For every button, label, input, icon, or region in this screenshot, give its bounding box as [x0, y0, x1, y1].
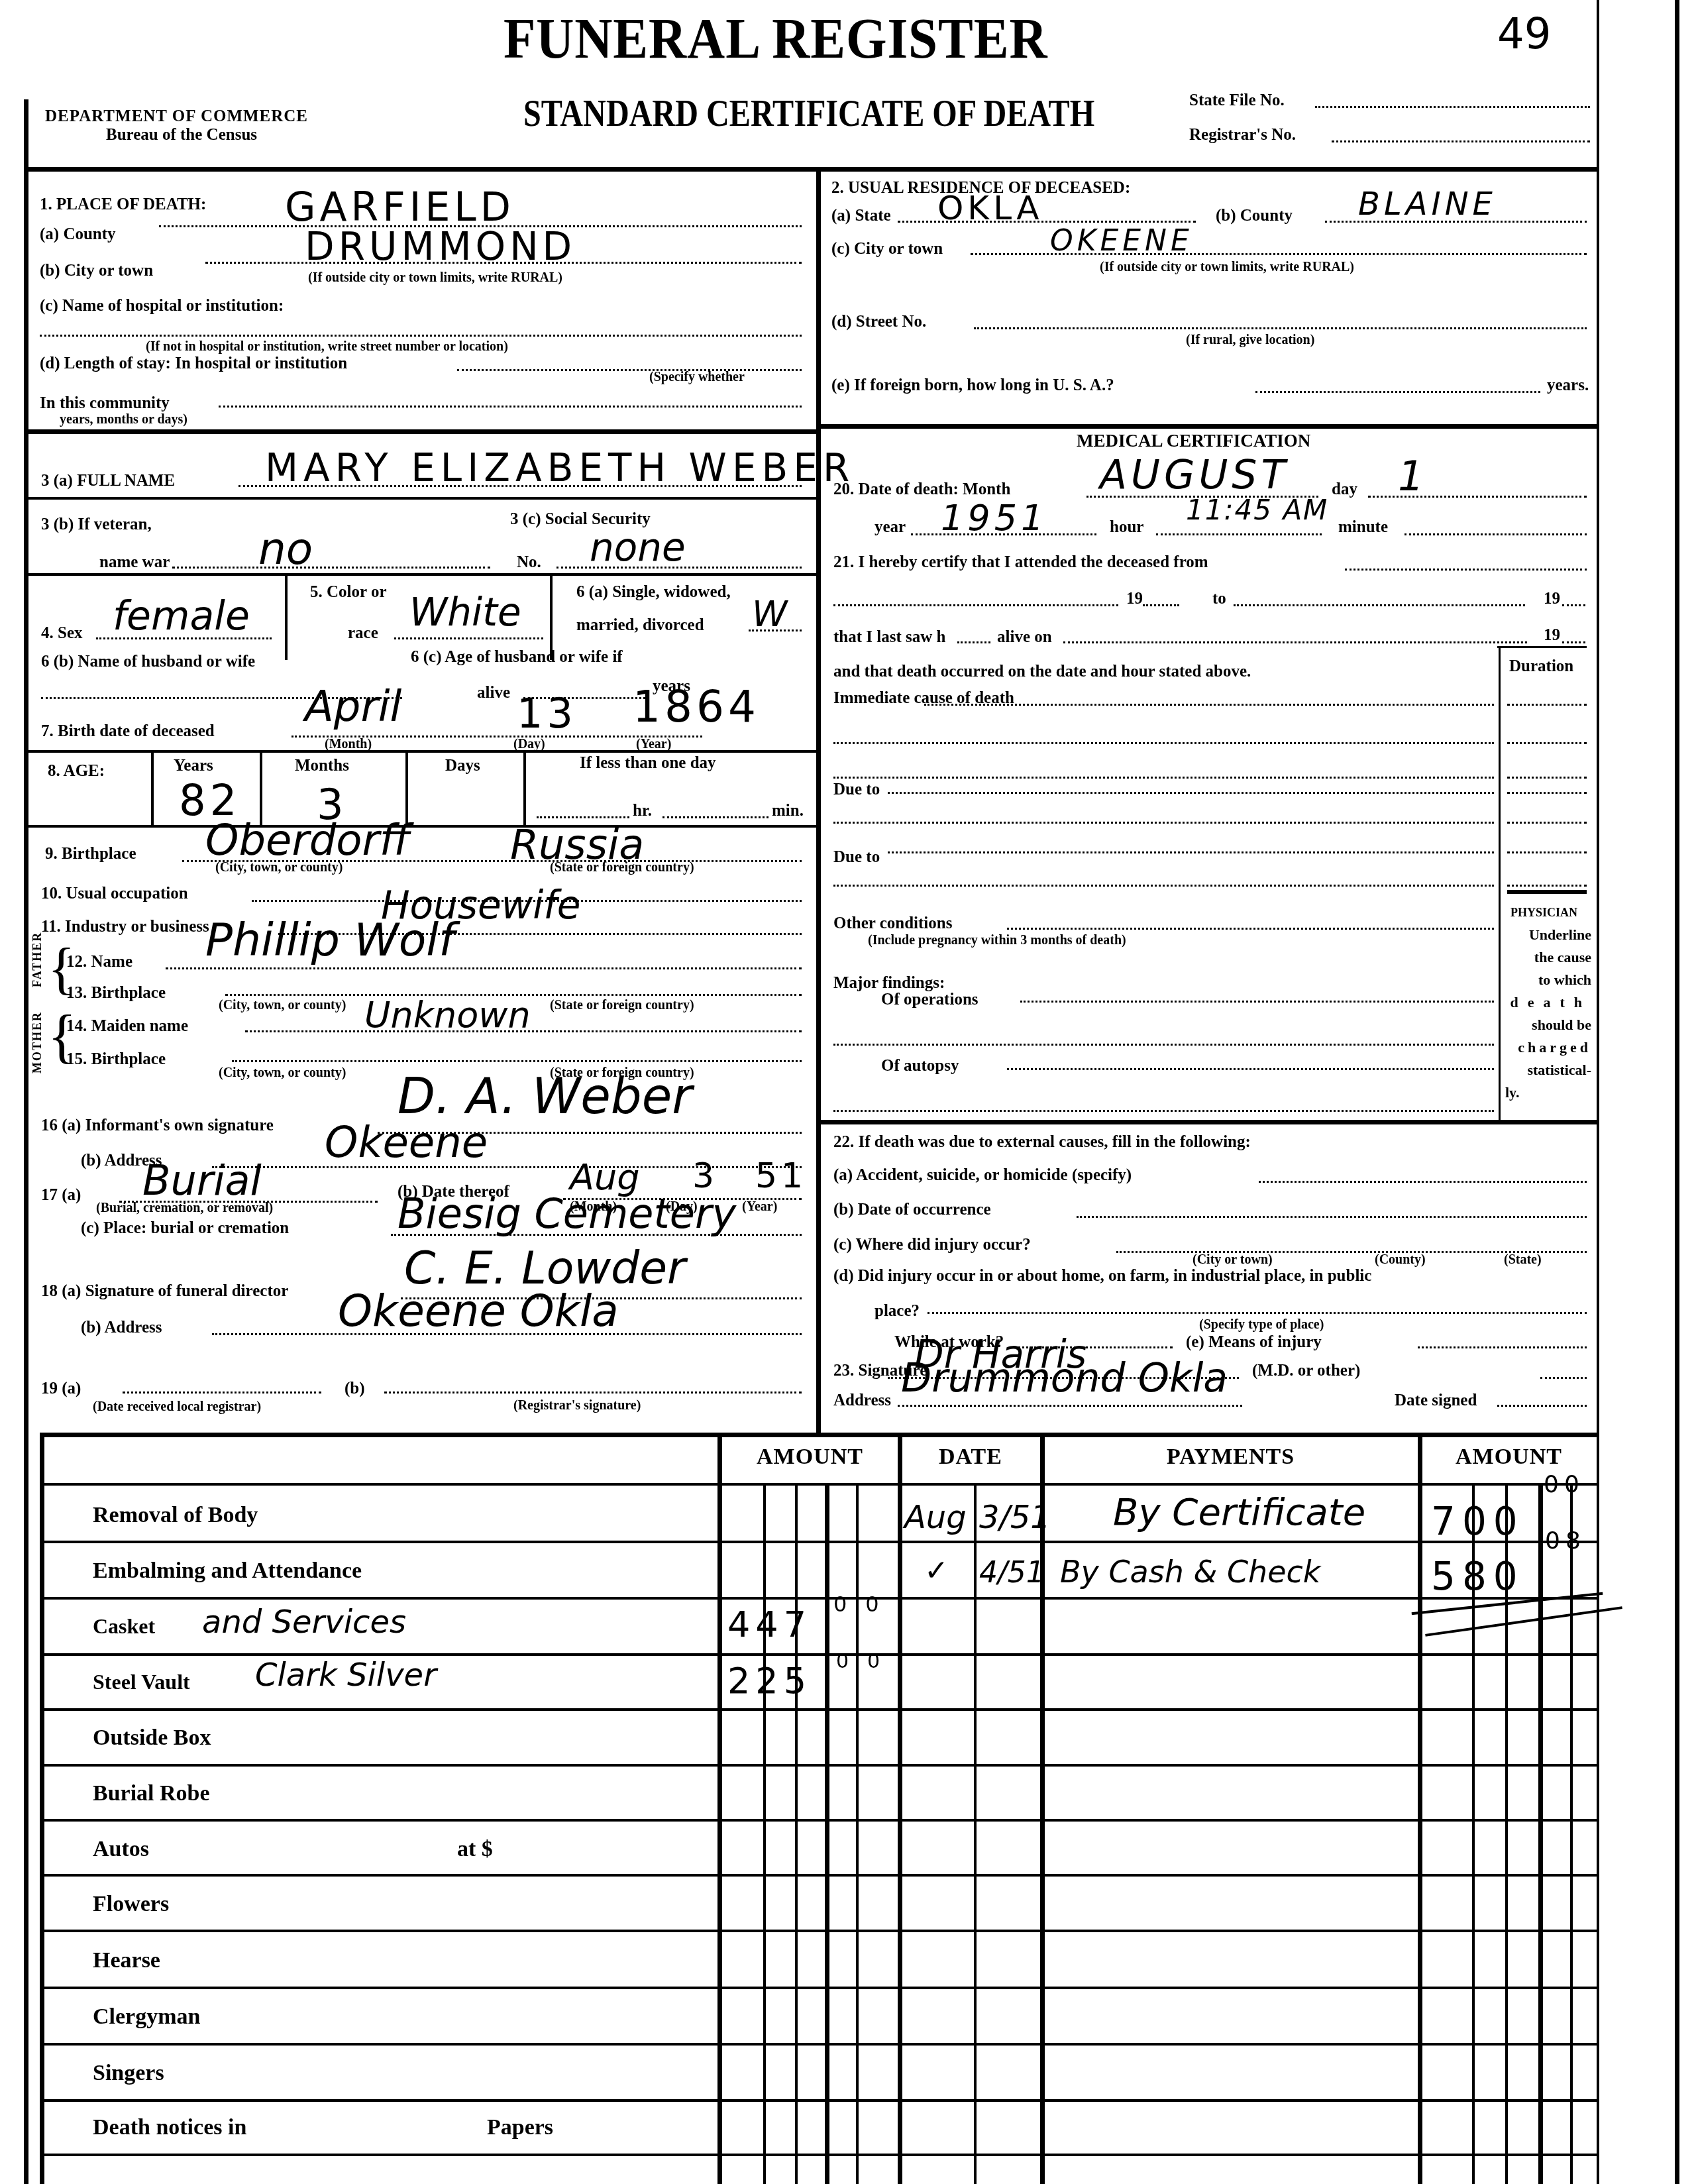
amount-cents-1 — [856, 1483, 859, 2184]
res-state-label: (a) State — [831, 207, 891, 225]
age-label: 8. AGE: — [48, 762, 105, 781]
spouse-label: 6 (b) Name of husband or wife — [41, 653, 255, 671]
rule-after-medical — [816, 1120, 1598, 1124]
spouse-age-label: 6 (c) Age of husband or wife if — [411, 648, 623, 667]
certify-19-a: 19 — [1126, 590, 1143, 608]
frame-right — [1597, 0, 1599, 2184]
external-c-label: (c) Where did injury occur? — [833, 1236, 1031, 1254]
birthplace-label: 9. Birthplace — [45, 845, 136, 863]
external-heading: 22. If death was due to external causes,… — [833, 1133, 1251, 1152]
physician-note-line: charged — [1505, 1036, 1591, 1059]
hospital-hint: (If not in hospital or institution, writ… — [146, 339, 508, 355]
stay-field-line[interactable] — [457, 369, 802, 371]
payment-total-underline-2 — [1425, 1606, 1622, 1637]
physician-note: PHYSICIAN Underline the cause to which d… — [1505, 901, 1591, 1104]
ledger-item-death-notices: Death notices in — [93, 2115, 246, 2140]
age-divider-3 — [405, 752, 408, 825]
ledger-top-rule — [40, 1433, 1597, 1437]
street-label: (d) Street No. — [831, 313, 926, 331]
certify-19-a-line[interactable] — [1143, 604, 1179, 606]
birthplace-country-hint: (State or foreign country) — [550, 860, 694, 875]
occurred-label: and that death occurred on the date and … — [833, 663, 1251, 681]
page-number: 49 — [1497, 10, 1551, 59]
external-place-line[interactable] — [927, 1312, 1587, 1314]
physician-address-line[interactable] — [898, 1405, 1242, 1407]
disposition-hint: (Burial, cremation, or removal) — [96, 1201, 273, 1216]
medical-heading: MEDICAL CERTIFICATION — [1077, 431, 1310, 451]
mother-city-hint: (City, town, or county) — [219, 1065, 346, 1081]
death-day-label: day — [1332, 480, 1357, 499]
last-saw-pronoun-line[interactable] — [957, 641, 990, 643]
external-c-state-hint: (State) — [1504, 1252, 1542, 1268]
veteran-war-value[interactable]: no — [258, 523, 313, 574]
birth-year-value[interactable]: 1864 — [633, 681, 760, 732]
ledger-item-singers: Singers — [93, 2061, 164, 2086]
alive-on-19: 19 — [1544, 626, 1560, 645]
death-date-label: 20. Date of death: Month — [833, 480, 1010, 499]
center-divider — [816, 169, 821, 1435]
mother-birthplace-line[interactable] — [232, 1060, 802, 1062]
payments-col-left — [1040, 1433, 1045, 2184]
registrar-date-hint: (Date received local registrar) — [93, 1399, 261, 1415]
physician-note-line: to which — [1505, 969, 1591, 991]
community-field-line[interactable] — [219, 406, 802, 408]
birth-month-value[interactable]: April — [305, 682, 401, 732]
external-means-line[interactable] — [1418, 1346, 1587, 1348]
due-to-1-duration[interactable] — [1507, 792, 1587, 794]
ss-no-label: No. — [517, 553, 541, 572]
stay-label: (d) Length of stay: In hospital or insti… — [40, 355, 347, 373]
place-of-death-heading: 1. PLACE OF DEATH: — [40, 195, 206, 214]
mother-birthplace-label: 15. Birthplace — [66, 1050, 166, 1069]
street-line[interactable] — [974, 327, 1587, 329]
death-year-label: year — [874, 518, 906, 537]
physician-address-label: Address — [833, 1392, 891, 1410]
payment-1-date-day[interactable]: 3/51 — [979, 1499, 1051, 1536]
due-to-1-label: Due to — [833, 781, 880, 799]
color-label: 5. Color or — [310, 583, 387, 602]
external-c-county-hint: (County) — [1375, 1252, 1426, 1268]
death-day-value[interactable]: 1 — [1398, 452, 1424, 500]
age-divider-1 — [151, 752, 154, 825]
operations-line[interactable] — [1020, 1001, 1494, 1003]
age-days-head: Days — [445, 757, 480, 775]
res-city-hint: (If outside city or town limits, write R… — [1100, 260, 1354, 275]
department-label: DEPARTMENT OF COMMERCE — [45, 107, 308, 126]
burial-place-label: (c) Place: burial or cremation — [81, 1219, 289, 1238]
physician-address-value[interactable]: Drummond Okla — [901, 1355, 1228, 1401]
state-file-label: State File No. — [1189, 91, 1285, 110]
certify-label: 21. I hereby certify that I attended the… — [833, 553, 1208, 572]
payment-1-date-month[interactable]: Aug — [904, 1499, 967, 1536]
external-a-line[interactable] — [1259, 1181, 1587, 1183]
md-line[interactable] — [1540, 1377, 1587, 1379]
registrar-no-label: Registrar's No. — [1189, 126, 1296, 144]
payment-2-date-month[interactable]: ✓ — [924, 1554, 949, 1588]
other-conditions-line[interactable] — [1007, 928, 1494, 930]
funeral-director-label: 18 (a) Signature of funeral director — [41, 1282, 288, 1301]
due-to-2-duration[interactable] — [1507, 851, 1587, 853]
race-value[interactable]: White — [409, 590, 521, 635]
hr-line[interactable] — [537, 816, 629, 818]
certificate-title: STANDARD CERTIFICATE OF DEATH — [523, 93, 1094, 135]
frame-left — [24, 99, 28, 2184]
registrar-signature-hint: (Registrar's signature) — [513, 1398, 641, 1413]
director-address-label: (b) Address — [81, 1319, 162, 1337]
rule-after-name — [24, 497, 819, 500]
alive-on-line[interactable] — [1063, 641, 1527, 643]
steel-vault-note[interactable]: Clark Silver — [255, 1657, 437, 1694]
ledger-row-rule — [40, 1653, 1597, 1656]
immediate-cause-line-2[interactable] — [833, 742, 1494, 744]
birthplace-city-hint: (City, town, or county) — [215, 860, 343, 875]
last-saw-label: that I last saw h — [833, 628, 945, 647]
certify-to-line[interactable] — [1234, 604, 1525, 606]
ledger-item-clergyman: Clergyman — [93, 2004, 200, 2030]
res-state-value[interactable]: OKLA — [937, 189, 1043, 227]
ledger-item-outside-box: Outside Box — [93, 1725, 211, 1751]
payment-2-cents[interactable]: 08 — [1545, 1527, 1586, 1555]
disposition-value[interactable]: Burial — [142, 1156, 262, 1205]
marital-label-1: 6 (a) Single, widowed, — [576, 583, 731, 602]
divider-sex-race — [285, 575, 288, 660]
external-d-label: (d) Did injury occur in or about home, o… — [833, 1267, 1371, 1285]
external-b-line[interactable] — [1077, 1216, 1587, 1218]
duration-box-top — [1497, 646, 1587, 648]
payment-2-date-day[interactable]: 4/51 — [979, 1556, 1045, 1590]
immediate-duration-line[interactable] — [1507, 704, 1587, 706]
rule-after-veteran — [24, 573, 819, 576]
other-conditions-hint: (Include pregnancy within 3 months of de… — [868, 933, 1126, 948]
street-hint: (If rural, give location) — [1186, 333, 1314, 348]
date-col-left — [898, 1433, 902, 2184]
community-label: In this community — [40, 394, 170, 413]
mother-maiden-value[interactable]: Unknown — [364, 994, 531, 1036]
external-place-hint: (Specify type of place) — [1199, 1317, 1324, 1333]
res-city-label: (c) City or town — [831, 240, 943, 258]
other-conditions-label: Other conditions — [833, 914, 952, 933]
casket-note[interactable]: and Services — [202, 1604, 406, 1641]
min-label: min. — [772, 802, 804, 820]
duration-divider — [1499, 646, 1501, 1120]
due-to-2-line-2[interactable] — [833, 885, 1494, 887]
veteran-war-label: name war — [99, 553, 170, 572]
rule-after-place — [24, 429, 819, 434]
operations-label: Of operations — [881, 991, 979, 1009]
autos-at-label: at $ — [457, 1837, 493, 1862]
physician-note-line: the cause — [1505, 946, 1591, 969]
autopsy-line-2[interactable] — [833, 1110, 1494, 1112]
certify-19-b-line[interactable] — [1562, 604, 1585, 606]
full-name-value[interactable]: MARY ELIZABETH WEBER — [265, 445, 855, 490]
sex-label: 4. Sex — [41, 624, 83, 643]
physician-note-line: ly. — [1505, 1081, 1591, 1104]
marital-label-2: married, divorced — [576, 616, 704, 635]
date-col-mid — [974, 1483, 977, 2184]
vault-amount-cents[interactable]: 00 — [836, 1650, 898, 1673]
death-month-value[interactable]: AUGUST — [1100, 452, 1289, 498]
father-country-hint: (State or foreign country) — [550, 998, 694, 1013]
ledger-row-rule — [40, 2154, 1597, 2156]
amount2-decimal — [1538, 1483, 1543, 2184]
registrar-a-label: 19 (a) — [41, 1380, 81, 1398]
race-label: race — [348, 624, 378, 643]
rule-after-age — [24, 825, 819, 828]
age-less-head: If less than one day — [580, 754, 716, 773]
age-years-head: Years — [174, 757, 213, 775]
death-minute-line[interactable] — [1404, 533, 1587, 535]
ledger-head-rule — [40, 1483, 1597, 1486]
due-to-2-label: Due to — [833, 848, 880, 867]
birthplace-city-value[interactable]: Oberdorff — [205, 816, 410, 865]
informant-signature-label: 16 (a) Informant's own signature — [41, 1117, 274, 1135]
marital-value[interactable]: W — [752, 593, 787, 635]
due-to-1-line-2[interactable] — [833, 822, 1494, 824]
divider-race-marital — [550, 575, 553, 660]
payment-2-description[interactable]: By Cash & Check — [1060, 1554, 1320, 1590]
age-divider-4 — [523, 752, 526, 825]
birth-day-value[interactable]: 13 — [517, 689, 577, 737]
ledger-row-rule — [40, 1819, 1597, 1822]
amount-decimal — [825, 1483, 829, 2184]
payment-1-cents[interactable]: 00 — [1544, 1471, 1585, 1498]
ledger-left-border — [40, 1433, 44, 2184]
city-hint: (If outside city or town limits, write R… — [308, 270, 562, 286]
immediate-cause-line[interactable] — [924, 704, 1494, 706]
ledger-row-rule — [40, 1987, 1597, 1989]
father-city-hint: (City, town, or county) — [219, 998, 346, 1013]
autopsy-label: Of autopsy — [881, 1057, 959, 1075]
amount-digit-1 — [763, 1483, 766, 2184]
external-means-label: (e) Means of injury — [1186, 1333, 1322, 1352]
registrar-b-label: (b) — [344, 1380, 365, 1398]
external-b-label: (b) Date of occurrence — [833, 1201, 991, 1219]
due-to-2-duration-2[interactable] — [1507, 885, 1587, 887]
cause-extra-line[interactable] — [833, 777, 1494, 779]
age-months-head: Months — [295, 757, 349, 775]
frame-right-outer — [1675, 0, 1679, 2184]
alive-label: alive — [477, 684, 510, 702]
payment-1-dollars[interactable]: 700 — [1431, 1499, 1524, 1544]
disposition-year-value[interactable]: 51 — [755, 1156, 807, 1196]
date-signed-line[interactable] — [1497, 1405, 1587, 1407]
res-city-value[interactable]: OKEENE — [1050, 224, 1193, 258]
ledger-row-rule — [40, 2043, 1597, 2046]
mother-maiden-label: 14. Maiden name — [66, 1017, 188, 1036]
external-place-label: place? — [874, 1302, 920, 1321]
ledger-item-autos: Autos — [93, 1837, 149, 1862]
ledger-item-steel-vault: Steel Vault — [93, 1670, 190, 1694]
veteran-label: 3 (b) If veteran, — [41, 516, 152, 534]
ledger-row-rule — [40, 1874, 1597, 1877]
ledger-item-removal: Removal of Body — [93, 1503, 258, 1528]
death-year-value[interactable]: 1951 — [941, 497, 1047, 539]
casket-amount-cents[interactable]: 00 — [833, 1592, 898, 1617]
vault-amount-dollars[interactable]: 225 — [727, 1660, 812, 1702]
certify-to-label: to — [1212, 590, 1226, 608]
cause-extra-duration[interactable] — [1507, 777, 1587, 779]
father-name-label: 12. Name — [66, 953, 132, 971]
hospital-field-line[interactable] — [40, 335, 802, 337]
informant-signature-value[interactable]: D. A. Weber — [397, 1068, 692, 1125]
autopsy-line[interactable] — [1007, 1068, 1494, 1070]
immediate-duration-line-2[interactable] — [1507, 742, 1587, 744]
father-birthplace-label: 13. Birthplace — [66, 984, 166, 1003]
certify-19-b: 19 — [1544, 590, 1560, 608]
amount2-cents-1 — [1570, 1483, 1573, 2184]
alive-on-label: alive on — [997, 628, 1052, 647]
ledger-row-rule — [40, 1764, 1597, 1767]
operations-line-2[interactable] — [833, 1044, 1494, 1046]
header-rule — [24, 167, 1599, 172]
ledger-item-burial-robe: Burial Robe — [93, 1781, 210, 1806]
foreign-label: (e) If foreign born, how long in U. S. A… — [831, 376, 1114, 395]
death-notices-papers-label: Papers — [487, 2115, 553, 2140]
ledger-row-rule — [40, 1541, 1597, 1543]
director-address-value[interactable]: Okeene Okla — [338, 1285, 619, 1337]
ledger-row-rule — [40, 1597, 1597, 1600]
rule-after-residence — [816, 424, 1598, 429]
father-side-label: FATHER — [30, 932, 44, 987]
race-line[interactable] — [394, 637, 543, 639]
foreign-line[interactable] — [1255, 391, 1540, 393]
page-title: FUNERAL REGISTER — [503, 5, 1048, 72]
md-label: (M.D. or other) — [1252, 1362, 1360, 1380]
county-label: (a) County — [40, 225, 116, 244]
city-label: (b) City or town — [40, 262, 153, 280]
physician-rule — [1507, 890, 1587, 894]
physician-note-line: should be — [1505, 1014, 1591, 1036]
date-head: DATE — [901, 1445, 1040, 1470]
bureau-label: Bureau of the Census — [106, 126, 257, 144]
birth-date-label: 7. Birth date of deceased — [41, 722, 215, 741]
occupation-label: 10. Usual occupation — [41, 885, 188, 903]
payments-head: PAYMENTS — [1043, 1445, 1418, 1470]
physician-note-head: PHYSICIAN — [1505, 901, 1591, 924]
foreign-suffix: years. — [1547, 376, 1589, 395]
amount-head: AMOUNT — [722, 1445, 898, 1470]
father-name-value[interactable]: Phillip Wolf — [205, 914, 454, 967]
amount2-col-left — [1418, 1433, 1422, 2184]
ss-value[interactable]: none — [590, 525, 686, 570]
casket-amount-dollars[interactable]: 447 — [727, 1604, 812, 1645]
amount-col-left — [717, 1433, 722, 2184]
due-to-1-duration-2[interactable] — [1507, 822, 1587, 824]
informant-address-value[interactable]: Okeene — [325, 1119, 488, 1168]
registrar-date-line[interactable] — [123, 1392, 321, 1393]
payment-1-description[interactable]: By Certificate — [1113, 1491, 1365, 1534]
ledger-row-rule — [40, 2099, 1597, 2102]
age-divider-2 — [260, 752, 262, 825]
community-hint: years, months or days) — [60, 412, 187, 427]
certify-from-date-line[interactable] — [833, 604, 1118, 606]
father-name-line[interactable] — [166, 967, 802, 969]
sex-value[interactable]: female — [113, 593, 250, 639]
ledger-item-flowers: Flowers — [93, 1892, 169, 1917]
physician-note-line: Underline — [1505, 924, 1591, 946]
external-a-label: (a) Accident, suicide, or homicide (spec… — [833, 1166, 1132, 1185]
hospital-label: (c) Name of hospital or institution: — [40, 297, 284, 315]
res-county-label: (b) County — [1216, 207, 1293, 225]
ledger-item-hearse: Hearse — [93, 1948, 160, 1973]
death-minute-label: minute — [1338, 518, 1388, 537]
ledger-item-casket: Casket — [93, 1614, 155, 1639]
due-to-2-line[interactable] — [888, 851, 1494, 853]
due-to-1-line[interactable] — [888, 792, 1494, 794]
min-line[interactable] — [662, 816, 768, 818]
external-c-city-hint: (City or town) — [1192, 1252, 1273, 1268]
duration-head: Duration — [1509, 657, 1573, 676]
payment-2-dollars[interactable]: 580 — [1431, 1554, 1524, 1599]
ledger-row-rule — [40, 1708, 1597, 1711]
major-findings-label: Major findings: — [833, 974, 945, 993]
death-hour-label: hour — [1110, 518, 1143, 537]
full-name-label: 3 (a) FULL NAME — [41, 472, 175, 490]
stay-hint: (Specify whether — [649, 370, 745, 385]
amount-digit-2 — [795, 1483, 798, 2184]
alive-on-19-line[interactable] — [1562, 641, 1585, 643]
res-county-value[interactable]: BLAINE — [1358, 186, 1497, 223]
ledger-row-rule — [40, 1930, 1597, 1932]
death-hour-line[interactable] — [1156, 533, 1322, 535]
physician-note-line: statistical- — [1505, 1059, 1591, 1081]
state-file-field[interactable] — [1315, 106, 1590, 108]
ledger-item-embalming: Embalming and Attendance — [93, 1558, 362, 1584]
rule-after-birth — [24, 750, 819, 753]
certify-from-line[interactable] — [1345, 569, 1587, 571]
mother-side-label: MOTHER — [30, 1011, 44, 1073]
industry-label: 11. Industry or business — [41, 918, 209, 936]
death-hour-value[interactable]: 11:45 AM — [1186, 494, 1328, 526]
date-signed-label: Date signed — [1395, 1392, 1477, 1410]
disposition-year-hint: (Year) — [742, 1199, 777, 1215]
veteran-war-line[interactable] — [172, 567, 490, 569]
registrar-signature-line[interactable] — [384, 1392, 802, 1393]
hr-label: hr. — [633, 802, 652, 820]
disposition-label: 17 (a) — [41, 1186, 81, 1205]
physician-note-line: death — [1505, 991, 1591, 1014]
amount2-head: AMOUNT — [1421, 1445, 1597, 1470]
city-value[interactable]: DRUMMOND — [305, 224, 576, 269]
registrar-no-field[interactable] — [1332, 140, 1590, 142]
burial-place-value[interactable]: Biesig Cemetery — [397, 1189, 736, 1238]
